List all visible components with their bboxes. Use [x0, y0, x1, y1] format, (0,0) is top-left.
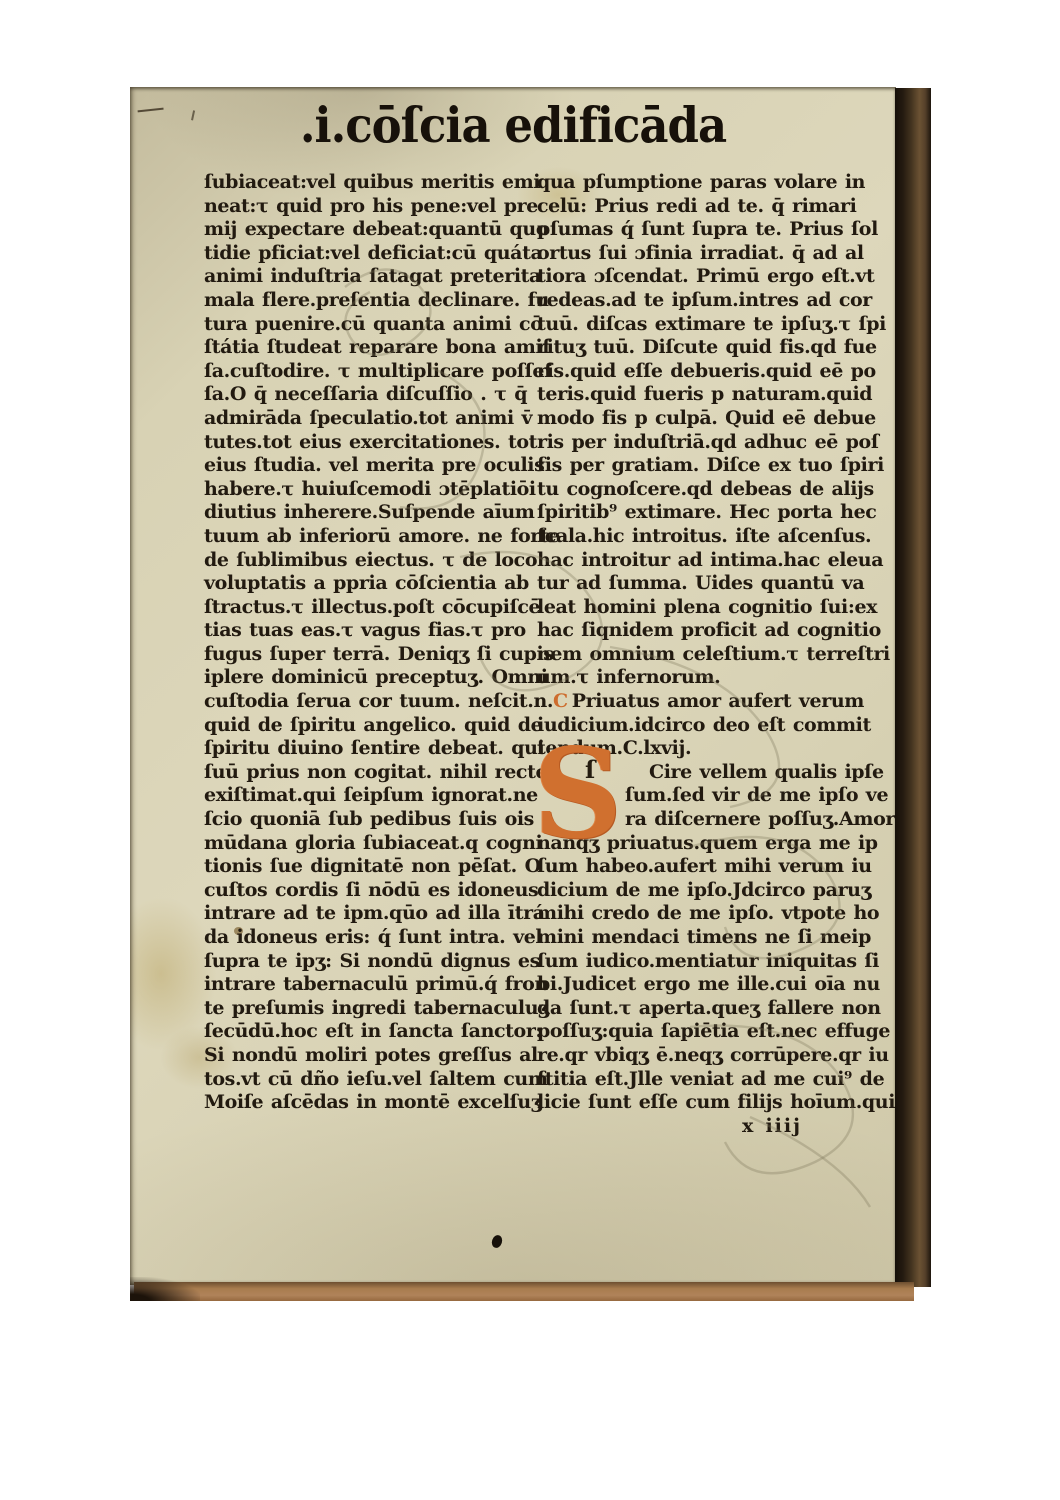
- text-line: ſcala.hic introitus. iſte aſcenſus.: [537, 525, 873, 549]
- text-line: tura puenire.cū quanta animi cō: [204, 313, 540, 337]
- text-line: ſupra te ipʒ: Si nondū dignus es: [204, 950, 540, 974]
- running-title: .i.cōſcia edificāda: [130, 97, 896, 154]
- text-line: ſtátia ſtudeat reparare bona amiſ: [204, 336, 540, 360]
- text-line: voluptatis a ppria cōſcientia ab: [204, 572, 540, 596]
- text-line: habere.τ huiuſcemodi ɔtēplatiōi: [204, 478, 540, 502]
- text-line: tur ad ſumma. Uides quantū va: [537, 572, 873, 596]
- text-line: Moiſe aſcēdas in montē excelſuʒ: [204, 1091, 540, 1115]
- text-line: da ſunt.τ aperta.queʒ fallere non: [537, 997, 873, 1021]
- text-line: mij expectare debeat:quantū quo: [204, 218, 540, 242]
- text-line: ſcio quoniā ſub pedibus ſuis ois: [204, 808, 540, 832]
- text-line: diutius inherere.Suſpende aīum: [204, 501, 540, 525]
- text-line: ortus ſui ɔfinia irradiat. q̄ ad al: [537, 242, 873, 266]
- text-line: hac ſiqnidem proficit ad cognitio: [537, 619, 873, 643]
- text-line: re.qr vbiqʒ ē.neqʒ corrūpere.qr iu: [537, 1044, 873, 1068]
- text-line: tu cognoſcere.qd debeas de alijs: [537, 478, 873, 502]
- shadow-corner: [130, 1277, 200, 1301]
- text-line: ſtitia eſt.Jlle veniat ad me cui⁹ de: [537, 1068, 873, 1092]
- illuminated-initial: S: [533, 739, 615, 861]
- text-line: tutes.tot eius exercitationes. tot: [204, 431, 540, 455]
- text-line: mihi credo de me ipſo. vtpote ho: [537, 902, 873, 926]
- scanned-book-page: .i.cōſcia edificāda ſubiaceat:vel quibus…: [0, 0, 1060, 1500]
- page-paper: .i.cōſcia edificāda ſubiaceat:vel quibus…: [130, 87, 896, 1285]
- book-board-edge: [134, 1282, 914, 1301]
- text-line: mini mendaci timens ne ſi meip: [537, 926, 873, 950]
- text-line: intrare tabernaculū primū.q́ fron: [204, 973, 540, 997]
- text-line: bi.Judicet ergo me ille.cui oīa nu: [537, 973, 873, 997]
- text-line: poſſuʒ:quia ſapiētia eſt.nec effuge: [537, 1020, 873, 1044]
- text-line: tuū. diſcas extimare te ipſuʒ.τ ſpi: [537, 313, 873, 337]
- text-line: modo fis p culpā. Quid eē debue: [537, 407, 873, 431]
- text-line: te preſumis ingredi tabernaculuʒ: [204, 997, 540, 1021]
- text-line: admirāda ſpeculatio.tot animi v̄: [204, 407, 540, 431]
- text-line: quid de ſpiritu angelico. quid de: [204, 714, 540, 738]
- text-line: hac introitur ad intima.hac eleua: [537, 549, 873, 573]
- text-line: tos.vt cū dño ieſu.vel ſaltem cum: [204, 1068, 540, 1092]
- text-line: tias tuas eas.τ vagus fias.τ pro: [204, 619, 540, 643]
- text-line: ris per induſtriā.qd adhuc eē poſ: [537, 431, 873, 455]
- text-line: qua pſumptione paras volare in: [537, 171, 873, 195]
- text-line: mūdana gloria ſubiaceat.q cogni: [204, 832, 540, 856]
- text-line: exiſtimat.qui ſeipſum ignorat.ne: [204, 784, 540, 808]
- book-fore-edge: [895, 88, 931, 1287]
- text-line: dicium de me ipſo.Jdcirco paruʒ: [537, 879, 873, 903]
- text-line: ſuū prius non cogitat. nihil recte: [204, 761, 540, 785]
- text-line: ſpiritu diuino ſentire debeat. qui: [204, 737, 540, 761]
- text-line: teris.quid fueris p naturam.quid: [537, 383, 873, 407]
- text-line: tionis ſue dignitatē non pēſat. O: [204, 855, 540, 879]
- text-line: leat homini plena cognitio ſui:ex: [537, 596, 873, 620]
- text-line: animi induſtria ſatagat preterita: [204, 265, 540, 289]
- text-column-left: ſubiaceat:vel quibus meritis emineat:τ q…: [204, 171, 540, 1115]
- text-line: nem omnium celeſtium.τ terreſtri: [537, 643, 873, 667]
- text-line: tiora ɔſcendat. Primū ergo eſt.vt: [537, 265, 873, 289]
- text-line: cuſtos cordis ſi nōdū es idoneus: [204, 879, 540, 903]
- guide-letter: ſ: [585, 755, 595, 784]
- text-line: licie ſunt eſſe cum filijs hoīum.qui: [537, 1091, 873, 1115]
- text-line: um.τ infernorum.: [537, 666, 873, 690]
- text-line: mala flere.preſentia declinare. fu: [204, 289, 540, 313]
- text-line: ſpiritib⁹ extimare. Hec porta hec: [537, 501, 873, 525]
- text-line: intrare ad te ipm.qūo ad illa ītrá: [204, 902, 540, 926]
- text-line: cuſtodia ſerua cor tuum. neſcit.n.: [204, 690, 540, 714]
- book-photo: .i.cōſcia edificāda ſubiaceat:vel quibus…: [130, 85, 931, 1301]
- text-line: ſtractus.τ illectus.poſt cōcupiſcē: [204, 596, 540, 620]
- text-line: eius ſtudia. vel merita pre oculis: [204, 454, 540, 478]
- text-line: ris.quid eſſe debueris.quid eē po: [537, 360, 873, 384]
- text-line: rituʒ tuū. Diſcute quid fis.qd fue: [537, 336, 873, 360]
- text-line: da idoneus eris: q́ ſunt intra. vel: [204, 926, 540, 950]
- text-line: Si nondū moliri potes greſſus al: [204, 1044, 540, 1068]
- text-line: fis per gratiam. Diſce ex tuo ſpiri: [537, 454, 873, 478]
- text-line: iplere dominicū preceptuʒ. Omni: [204, 666, 540, 690]
- text-line: pſumas q́ ſunt ſupra te. Prius ſol: [537, 218, 873, 242]
- text-line: ſa.O q̄ neceſſaria diſcuſſio . τ q̄: [204, 383, 540, 407]
- text-line: ſum iudico.mentiatur iniquitas ſi: [537, 950, 873, 974]
- text-line: ſubiaceat:vel quibus meritis emi: [204, 171, 540, 195]
- text-line: ſa.cuſtodire. τ multiplicare poſſeſ: [204, 360, 540, 384]
- text-line: tidie pficiat:vel deficiat:cū quáta: [204, 242, 540, 266]
- capitulum-mark: C: [553, 690, 572, 712]
- text-line: tuum ab inferiorū amore. ne forte: [204, 525, 540, 549]
- text-line: celū: Prius redi ad te. q̄ rimari: [537, 195, 873, 219]
- quire-signature: x iiij: [537, 1115, 873, 1139]
- text-line: de ſublimibus eiectus. τ de loco: [204, 549, 540, 573]
- text-line: neat:τ quid pro his pene:vel pre: [204, 195, 540, 219]
- text-line: CPriuatus amor aufert verum: [537, 690, 873, 714]
- wormhole-dot: [490, 1234, 504, 1249]
- text-line: ſecūdū.hoc eſt in ſancta ſanctor:: [204, 1020, 540, 1044]
- text-column-right: qua pſumptione paras volare incelū: Priu…: [537, 171, 873, 1138]
- text-line: redeas.ad te ipſum.intres ad cor: [537, 289, 873, 313]
- text-line: fugus ſuper terrā. Deniqʒ ſi cupis: [204, 643, 540, 667]
